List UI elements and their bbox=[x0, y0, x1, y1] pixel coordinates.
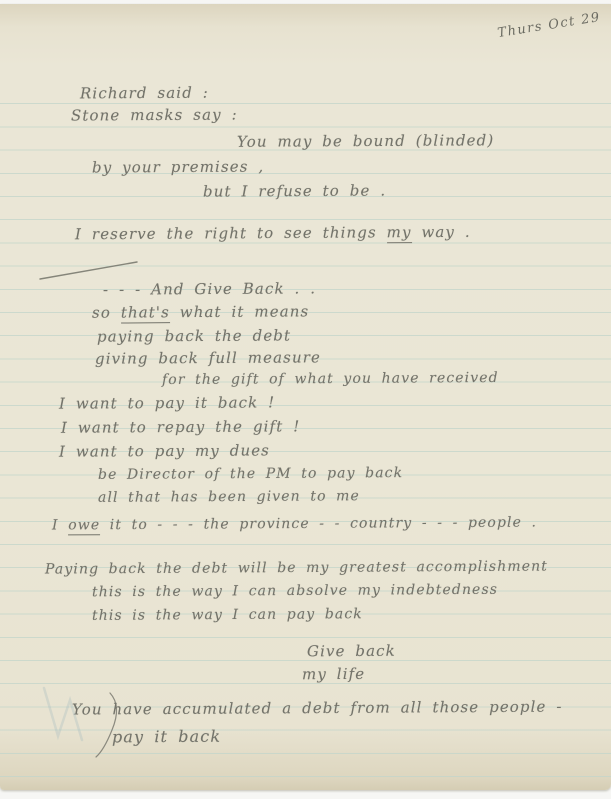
text-segment: giving back full measure bbox=[95, 348, 321, 367]
handwritten-line: my life bbox=[302, 665, 365, 683]
text-segment: what it means bbox=[170, 302, 310, 321]
text-segment: Stone masks say : bbox=[71, 105, 238, 124]
text-segment: I want to pay it back ! bbox=[59, 393, 275, 412]
handwriting-layer: Richard said :Stone masks say :You may b… bbox=[0, 0, 611, 799]
text-segment: way . bbox=[411, 223, 470, 241]
handwritten-line: pay it back bbox=[112, 727, 221, 747]
text-segment: for the gift of what you have received bbox=[162, 370, 499, 388]
handwritten-line: but I refuse to be . bbox=[203, 181, 386, 200]
text-segment: paying back the debt bbox=[97, 326, 291, 345]
text-segment: be Director of the PM to pay back bbox=[98, 465, 403, 483]
text-segment: You have accumulated a debt from all tho… bbox=[72, 698, 563, 719]
text-segment: - - - And Give Back . . bbox=[103, 279, 316, 298]
handwritten-line: this is the way I can pay back bbox=[92, 606, 363, 624]
handwritten-line: this is the way I can absolve my indebte… bbox=[92, 582, 498, 600]
handwritten-line: You have accumulated a debt from all tho… bbox=[72, 698, 563, 719]
text-segment: Give back bbox=[307, 642, 396, 661]
text-segment: pay it back bbox=[112, 727, 221, 747]
handwritten-line: Paying back the debt will be my greatest… bbox=[45, 558, 548, 577]
text-segment: I want to pay my dues bbox=[59, 441, 270, 460]
text-segment: but I refuse to be . bbox=[203, 181, 386, 200]
text-segment: I want to repay the gift ! bbox=[61, 417, 300, 436]
text-segment: this is the way I can pay back bbox=[92, 606, 363, 624]
text-segment: my life bbox=[302, 665, 365, 683]
handwritten-line: for the gift of what you have received bbox=[162, 370, 499, 388]
text-segment: so bbox=[92, 303, 121, 321]
handwritten-line: I want to pay it back ! bbox=[59, 393, 275, 412]
handwritten-line: Give back bbox=[307, 642, 396, 661]
handwritten-line: by your premises , bbox=[92, 157, 264, 176]
handwritten-line: You may be bound (blinded) bbox=[237, 131, 494, 151]
text-segment: I bbox=[52, 517, 68, 533]
handwritten-line: be Director of the PM to pay back bbox=[98, 465, 403, 483]
underlined-word: that's bbox=[121, 303, 170, 323]
handwritten-line: I reserve the right to see things my way… bbox=[75, 223, 471, 243]
text-segment: Paying back the debt will be my greatest… bbox=[45, 558, 548, 577]
text-segment: You may be bound (blinded) bbox=[237, 131, 494, 151]
handwritten-line: all that has been given to me bbox=[98, 488, 360, 506]
handwritten-line: paying back the debt bbox=[97, 326, 291, 345]
text-segment: all that has been given to me bbox=[98, 488, 360, 506]
text-segment: this is the way I can absolve my indebte… bbox=[92, 582, 498, 600]
text-segment: I reserve the right to see things bbox=[75, 223, 387, 243]
handwritten-line: Richard said : bbox=[80, 84, 209, 103]
handwritten-line: Stone masks say : bbox=[71, 105, 238, 124]
underlined-word: my bbox=[387, 223, 412, 243]
handwritten-line: I want to repay the gift ! bbox=[61, 417, 300, 436]
text-segment: it to - - - the province - - country - -… bbox=[100, 515, 537, 534]
underlined-word: owe bbox=[68, 517, 100, 535]
handwritten-line: I want to pay my dues bbox=[59, 441, 270, 460]
text-segment: by your premises , bbox=[92, 157, 264, 176]
handwritten-line: I owe it to - - - the province - - count… bbox=[52, 515, 537, 534]
handwritten-line: giving back full measure bbox=[95, 348, 321, 367]
handwritten-line: - - - And Give Back . . bbox=[103, 279, 316, 298]
scanned-page-background: { "page": { "kind": "handwritten pencil … bbox=[0, 0, 611, 799]
handwritten-line: so that's what it means bbox=[92, 302, 309, 321]
text-segment: Richard said : bbox=[80, 84, 209, 103]
